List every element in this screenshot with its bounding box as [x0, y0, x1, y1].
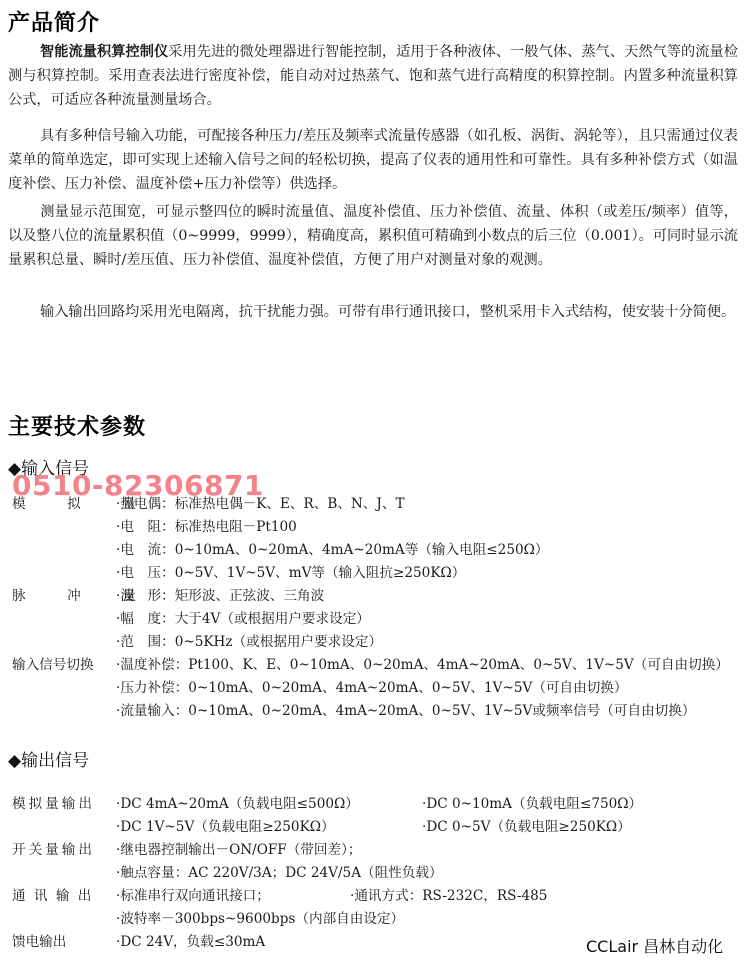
analog-input-item: ·电 压：0~5V、1V~5V、mV等（输入阻抗≥250KΩ） [116, 561, 465, 581]
analog-output-item: ·DC 0~5V（负载电阻≥250KΩ） [422, 815, 631, 835]
comm-output-item: ·通讯方式：RS-232C，RS-485 [350, 884, 547, 904]
comm-output-item: ·标准串行双向通讯接口； [116, 884, 270, 904]
comm-output-label: 通 讯 输 出 [12, 884, 93, 904]
section-title-tech-params: 主要技术参数 [8, 410, 146, 441]
input-switch-item: ·流量输入：0~10mA、0~20mA、4mA~20mA、0~5V、1V~5V或… [116, 699, 695, 719]
intro-paragraph-4: 输入输出回路均采用光电隔离，抗干扰能力强。可带有串行通讯接口，整机采用卡入式结构… [8, 300, 738, 324]
analog-input-item: ·电 流：0~10mA、0~20mA、4mA~20mA等（输入电阻≤250Ω） [116, 538, 548, 558]
input-switch-label: 输入信号切换 [12, 653, 94, 673]
section-title-product-intro: 产品简介 [8, 6, 100, 37]
intro-paragraph-3-text: 测量显示范围宽，可显示整四位的瞬时流量值、温度补偿值、压力补偿值、流量、体积（或… [8, 204, 738, 268]
brand-logo-text: CCLair 昌林自动化 [586, 934, 723, 957]
switch-output-item: ·触点容量：AC 220V/3A；DC 24V/5A（阻性负载） [116, 861, 443, 881]
input-switch-item: ·压力补偿：0~10mA、0~20mA、4mA~20mA、0~5V、1V~5V（… [116, 676, 627, 696]
intro-paragraph-3: 测量显示范围宽，可显示整四位的瞬时流量值、温度补偿值、压力补偿值、流量、体积（或… [8, 200, 738, 272]
analog-input-item: ·电 阻：标准热电阻－Pt100 [116, 515, 297, 535]
analog-input-item: ·热电偶：标准热电偶－K、E、R、B、N、J、T [116, 492, 405, 512]
analog-output-label: 模拟量输出 [12, 792, 95, 812]
input-switch-item: ·温度补偿：Pt100、K、E、0~10mA、0~20mA、4mA~20mA、0… [116, 653, 729, 673]
intro-paragraph-4-text: 输入输出回路均采用光电隔离，抗干扰能力强。可带有串行通讯接口，整机采用卡入式结构… [40, 304, 735, 320]
comm-output-item: ·波特率－300bps~9600bps（内部自由设定） [116, 907, 404, 927]
intro-paragraph-2-text: 具有多种信号输入功能，可配接各种压力/差压及频率式流量传感器（如孔板、涡街、涡轮… [8, 128, 738, 192]
intro-paragraph-1: 智能流量积算控制仪采用先进的微处理器进行智能控制，适用于各种液体、一般气体、蒸气… [8, 40, 738, 112]
feed-output-item: ·DC 24V，负载≤30mA [116, 930, 265, 950]
product-name: 智能流量积算控制仪 [40, 44, 168, 60]
output-signal-heading: ◆输出信号 [8, 746, 89, 771]
feed-output-label: 馈电输出 [12, 930, 66, 950]
pulse-input-item: ·范 围：0~5KHz（或根据用户要求设定） [116, 630, 382, 650]
switch-output-label: 开关量输出 [12, 838, 95, 858]
switch-output-item: ·继电器控制输出－ON/OFF（带回差）； [116, 838, 361, 858]
analog-output-item: ·DC 0~10mA（负载电阻≤750Ω） [422, 792, 642, 812]
analog-output-item: ·DC 4mA~20mA（负载电阻≤500Ω） [116, 792, 359, 812]
intro-paragraph-2: 具有多种信号输入功能，可配接各种压力/差压及频率式流量传感器（如孔板、涡街、涡轮… [8, 124, 738, 196]
pulse-input-item: ·幅 度：大于4V（或根据用户要求设定） [116, 607, 370, 627]
pulse-input-item: ·波 形：矩形波、正弦波、三角波 [116, 584, 324, 604]
analog-output-item: ·DC 1V~5V（负载电阻≥250KΩ） [116, 815, 335, 835]
